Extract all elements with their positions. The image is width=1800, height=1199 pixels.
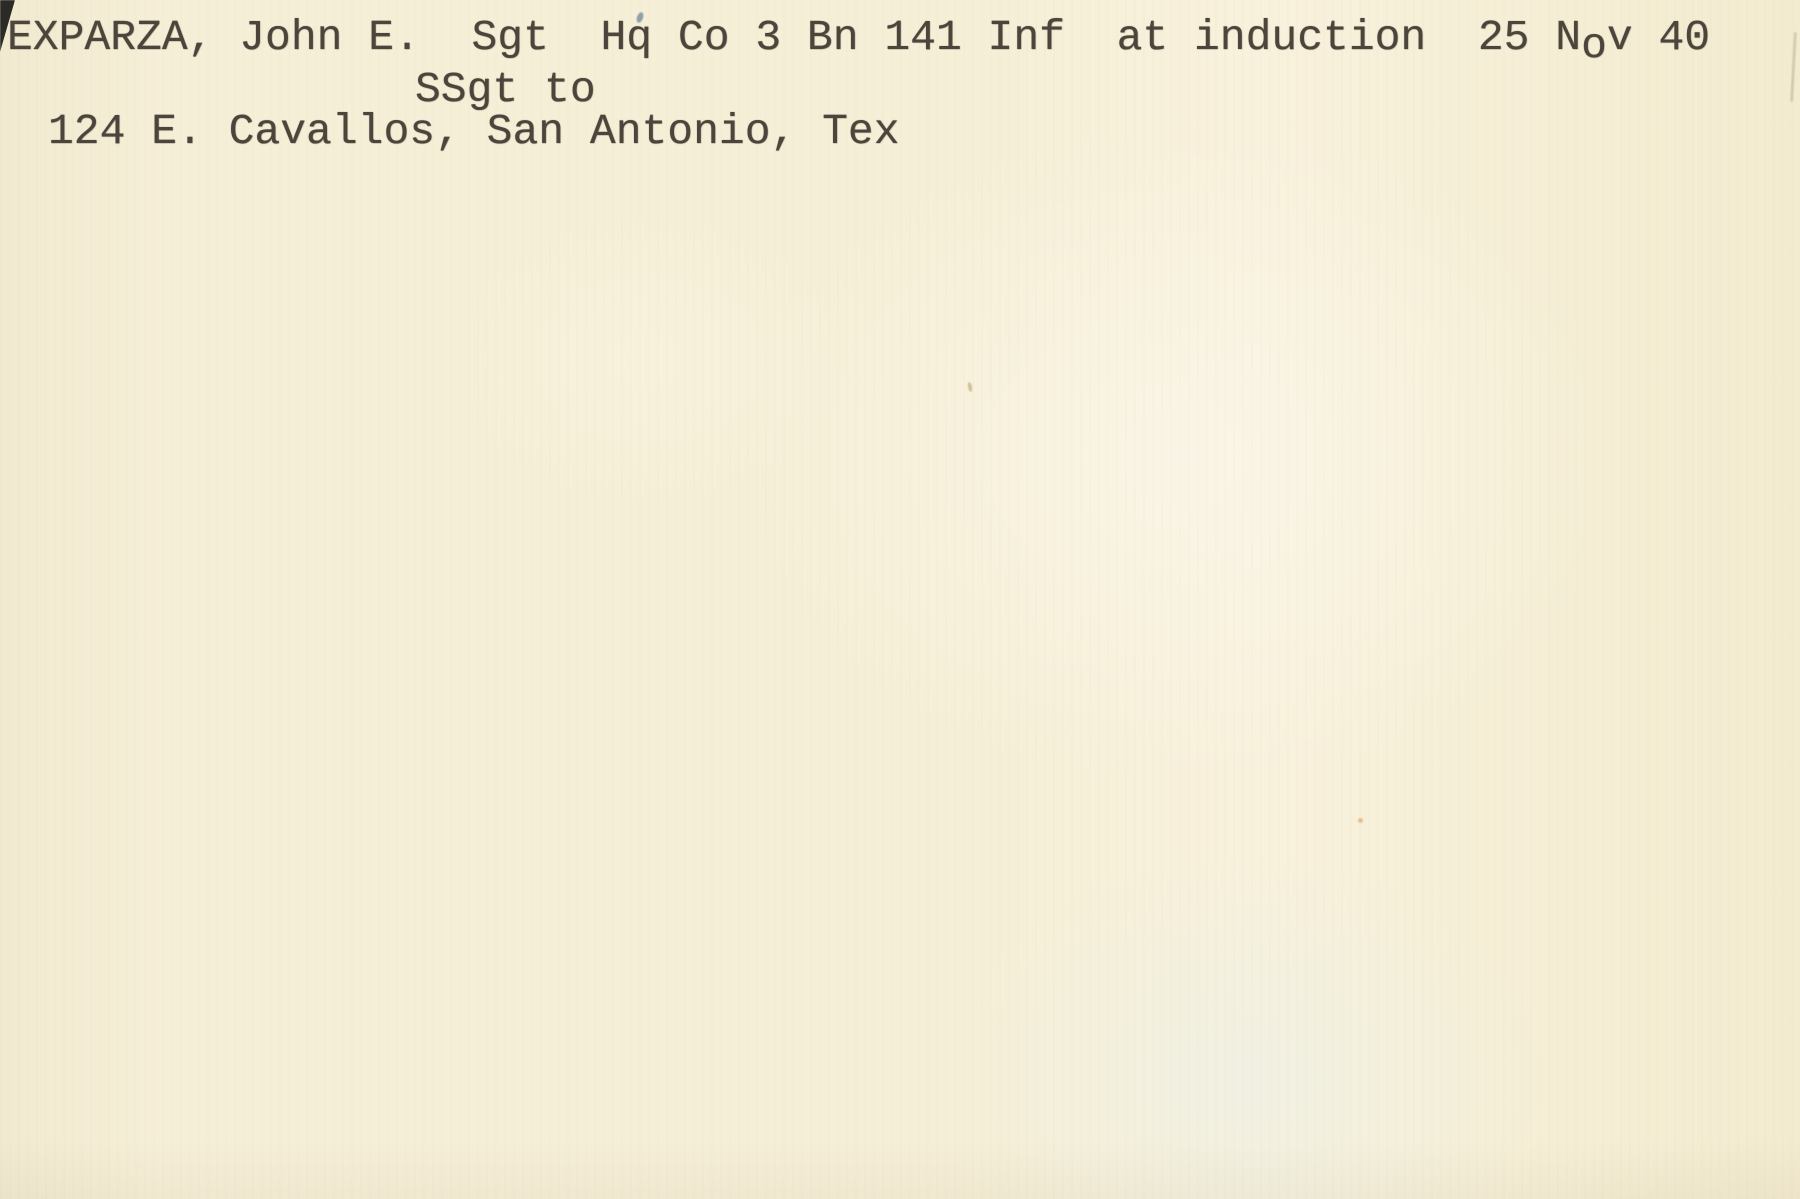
typed-line-address: 124 E. Cavallos, San Antonio, Tex	[48, 110, 900, 153]
line1-text-after-subscript: v 40	[1607, 13, 1710, 62]
paper-speck	[967, 382, 973, 393]
subscript-letter-o: o	[1581, 24, 1607, 67]
line1-text-before-subscript: EXPARZA, John E. Sgt Hq Co 3 Bn 141 Inf …	[7, 13, 1581, 62]
scanned-index-card: EXPARZA, John E. Sgt Hq Co 3 Bn 141 Inf …	[0, 0, 1800, 1199]
paper-speck	[1358, 818, 1363, 823]
typed-line-name-rank-unit-date: EXPARZA, John E. Sgt Hq Co 3 Bn 141 Inf …	[7, 16, 1710, 59]
typed-line-promotion: SSgt to	[415, 68, 596, 111]
scan-edge-artifact	[1790, 32, 1797, 102]
